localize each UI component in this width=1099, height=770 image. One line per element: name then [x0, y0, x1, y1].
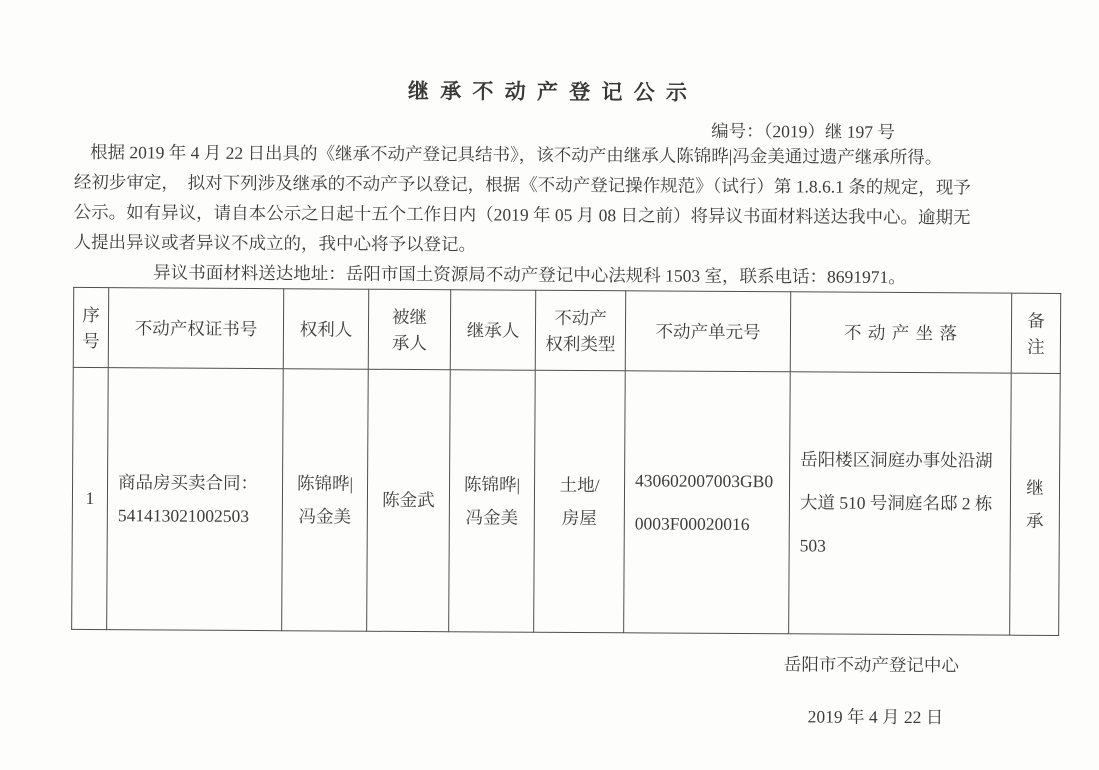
footer-date: 2019 年 4 月 22 日 — [808, 703, 944, 729]
header-location: 不 动 产 坐 落 — [790, 292, 1011, 373]
cell-seq: 1 — [72, 367, 109, 629]
table-header-row: 序 号 不动产权证书号 权利人 被继 承人 继承人 不动产 权利类型 不动产单元… — [73, 287, 1060, 373]
header-decedent: 被继 承人 — [368, 289, 450, 369]
cell-remark: 继 承 — [1010, 373, 1061, 635]
registration-table: 序 号 不动产权证书号 权利人 被继 承人 继承人 不动产 权利类型 不动产单元… — [71, 287, 1061, 636]
notice-body: 根据 2019 年 4 月 22 日出具的《继承不动产登记具结书》，该不动产由继… — [73, 137, 1069, 293]
header-right-type: 不动产 权利类型 — [535, 290, 625, 371]
cell-right-holder: 陈锦晔| 冯金美 — [282, 369, 369, 632]
cell-heir: 陈锦晔| 冯金美 — [449, 370, 536, 633]
header-right-holder: 权利人 — [283, 289, 368, 370]
header-cert-no: 不动产权证书号 — [108, 288, 283, 369]
header-unit-no: 不动产单元号 — [625, 291, 790, 372]
cell-unit-no: 430602007003GB0 0003F00020016 — [624, 371, 791, 634]
cell-location: 岳阳楼区洞庭办事处沿湖 大道 510 号洞庭名邸 2 栋 503 — [789, 372, 1012, 635]
page-title: 继 承 不 动 产 登 记 公 示 — [0, 72, 1099, 109]
header-seq: 序 号 — [73, 287, 108, 367]
cell-cert-no: 商品房买卖合同： 541413021002503 — [107, 368, 284, 631]
cell-decedent: 陈金武 — [367, 369, 451, 631]
footer-issuer: 岳阳市不动产登记中心 — [784, 651, 959, 677]
scanned-notice-page: 继 承 不 动 产 登 记 公 示 编号：（2019）继 197 号 根据 20… — [0, 0, 1099, 770]
header-heir: 继承人 — [450, 290, 535, 371]
table-row: 1 商品房买卖合同： 541413021002503 陈锦晔| 冯金美 陈金武 … — [72, 367, 1061, 635]
scan-skew-wrapper: 继 承 不 动 产 登 记 公 示 编号：（2019）继 197 号 根据 20… — [0, 0, 1099, 770]
header-remark: 备 注 — [1011, 293, 1060, 373]
cell-right-type: 土地/ 房屋 — [534, 370, 626, 633]
